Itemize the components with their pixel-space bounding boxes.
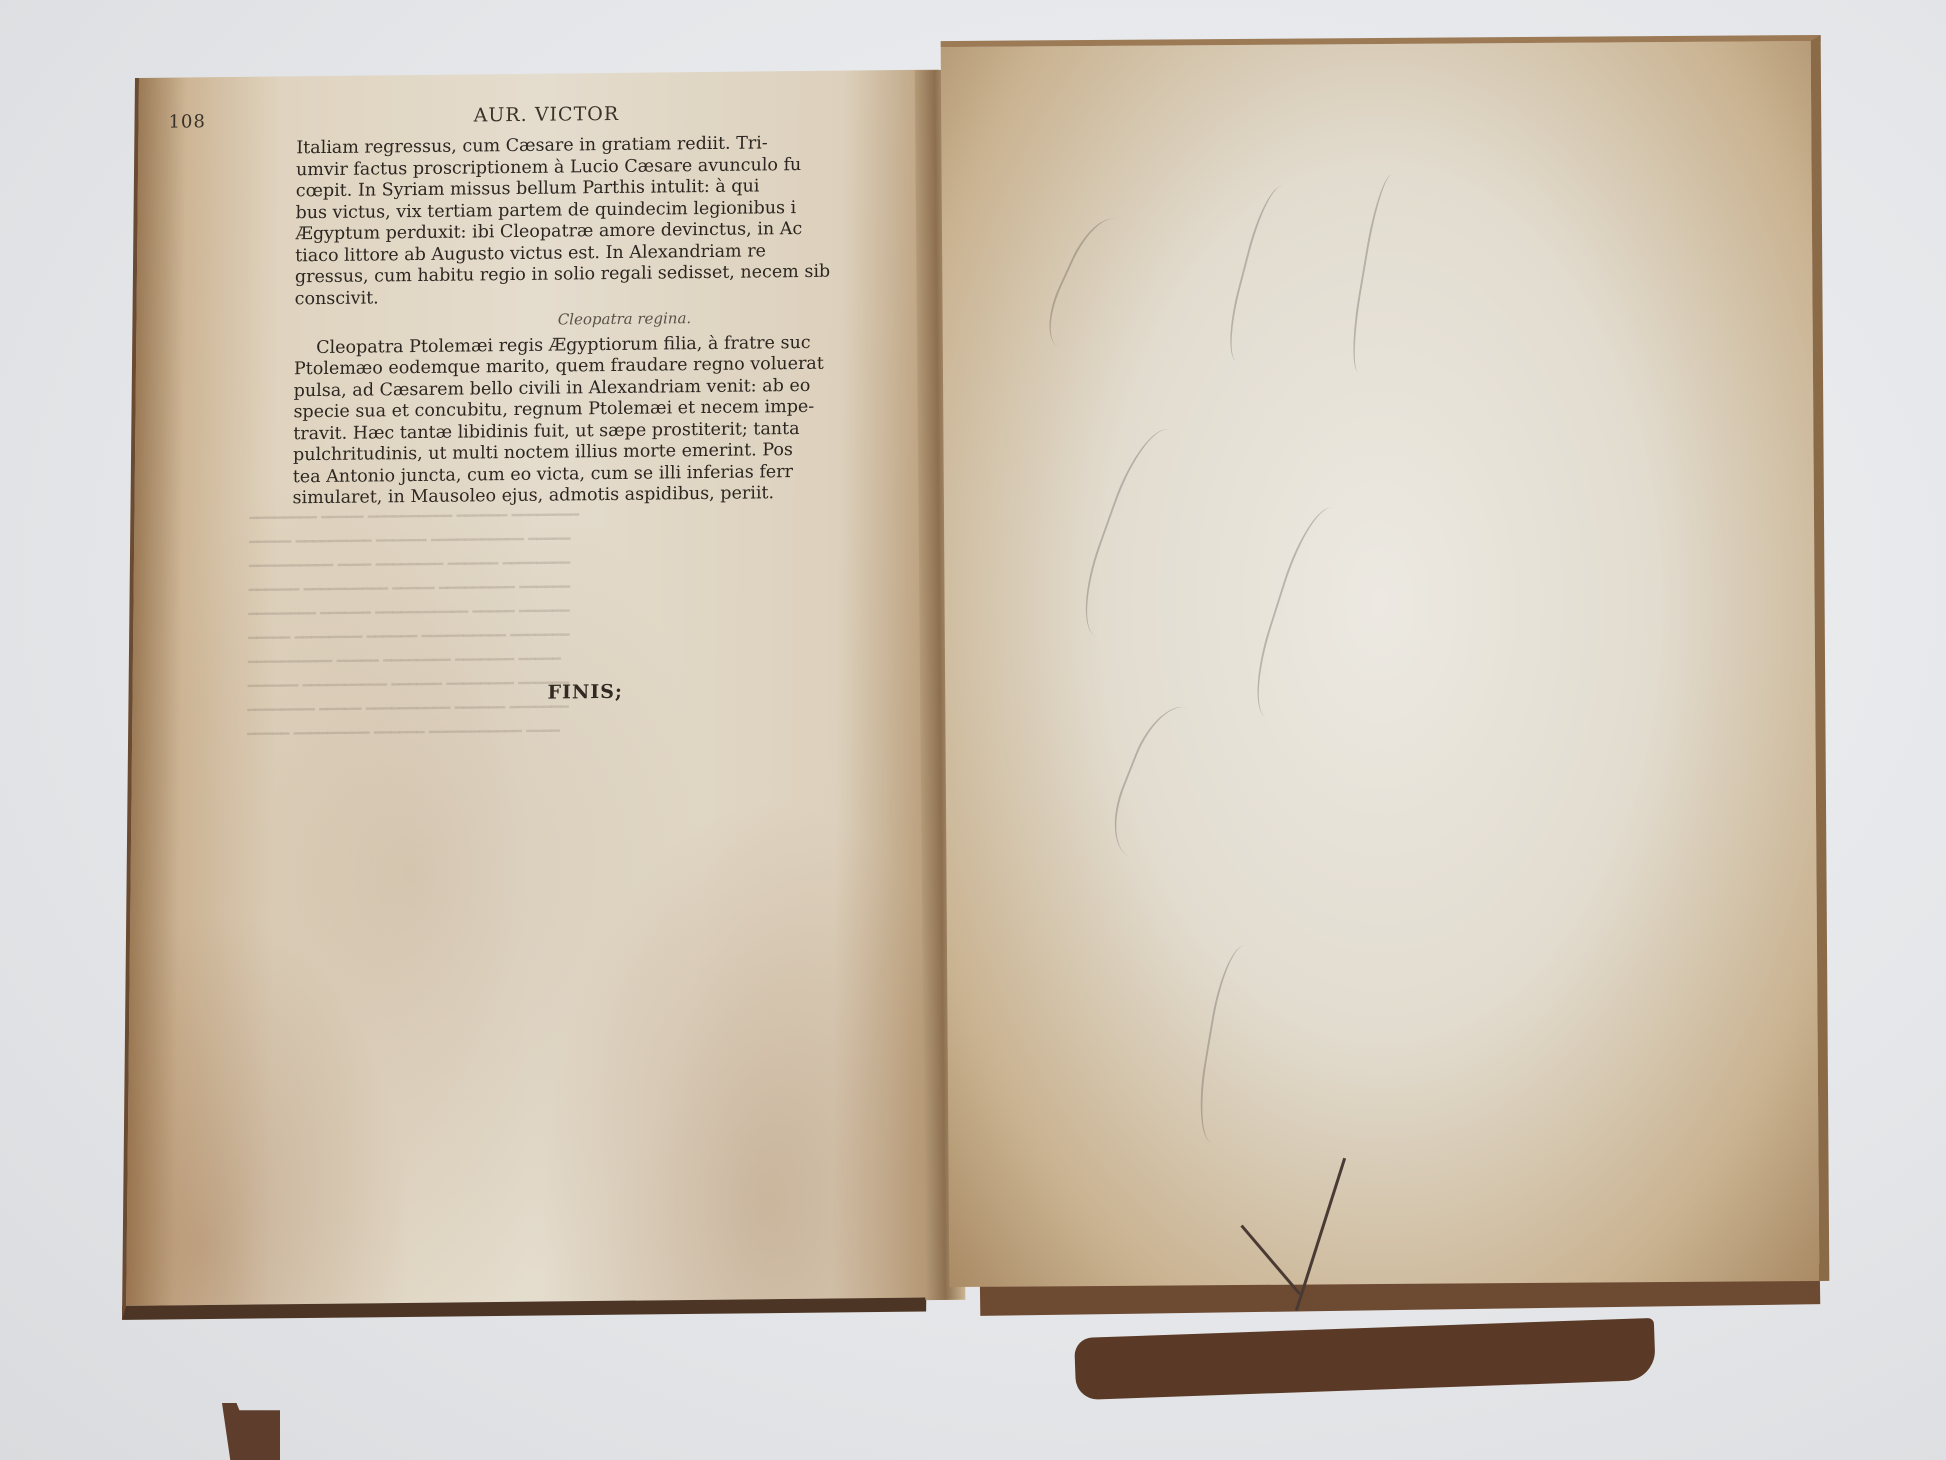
text-line: simularet, in Mausoleo ejus, admotis asp… [292,482,892,510]
text-line: tea Antonio juncta, cum eo victa, cum se… [293,460,893,488]
text-line: umvir factus proscriptionem à Lucio Cæsa… [296,154,896,182]
pencil-scribble [1220,182,1306,367]
body-text: Italiam regressus, cum Cæsare in gratiam… [292,132,896,510]
text-line: Italiam regressus, cum Cæsare in gratiam… [296,132,896,160]
paper-crack [1240,1225,1301,1295]
left-page: 108 AUR. VICTOR Italiam regressus, cum C… [122,70,939,1320]
page-header: 108 AUR. VICTOR [309,100,899,106]
running-header: AUR. VICTOR [474,103,620,127]
bleed-through-text: ━━━━━━━━ ━━━━━ ━━━━━━━━━━ ━━━━━━ ━━━━━━━… [247,500,890,747]
pencil-scribble [1243,500,1369,728]
section-title: Cleopatra regina. [354,306,894,333]
text-line: pulchritudinis, ut multi noctem illius m… [293,439,893,467]
text-line: conscivit. [295,283,895,311]
pencil-scribble [1346,173,1411,376]
leather-scrap [222,1403,280,1460]
text-line: pulsa, ad Cæsarem bello civili in Alexan… [294,375,894,403]
text-line: Ægyptum perduxit: ibi Cleopatræ amore de… [295,218,895,246]
text-line: cœpit. In Syriam missus bellum Parthis i… [296,175,896,203]
text-line: tiaco littore ab Augusto victus est. In … [295,240,895,268]
pencil-scribble [1191,942,1276,1148]
finis-mark: FINIS; [547,681,623,704]
pencil-scribble [1099,696,1234,875]
text-line: specie sua et concubitu, regnum Ptolemæi… [293,396,893,424]
text-line: gressus, cum habitu regio in solio regal… [295,261,895,289]
pencil-scribble [1069,420,1211,651]
right-page: Jan [941,35,1830,1287]
text-line: Ptolemæo eodemque marito, quem fraudare … [294,353,894,381]
text-line: bus victus, vix tertiam partem de quinde… [295,197,895,225]
text-line: travit. Hæc tantæ libidinis fuit, ut sæp… [293,418,893,446]
page-number: 108 [168,111,206,132]
text-line: Cleopatra Ptolemæi regis Ægyptiorum fili… [294,332,894,360]
pencil-scribble [1036,209,1151,362]
